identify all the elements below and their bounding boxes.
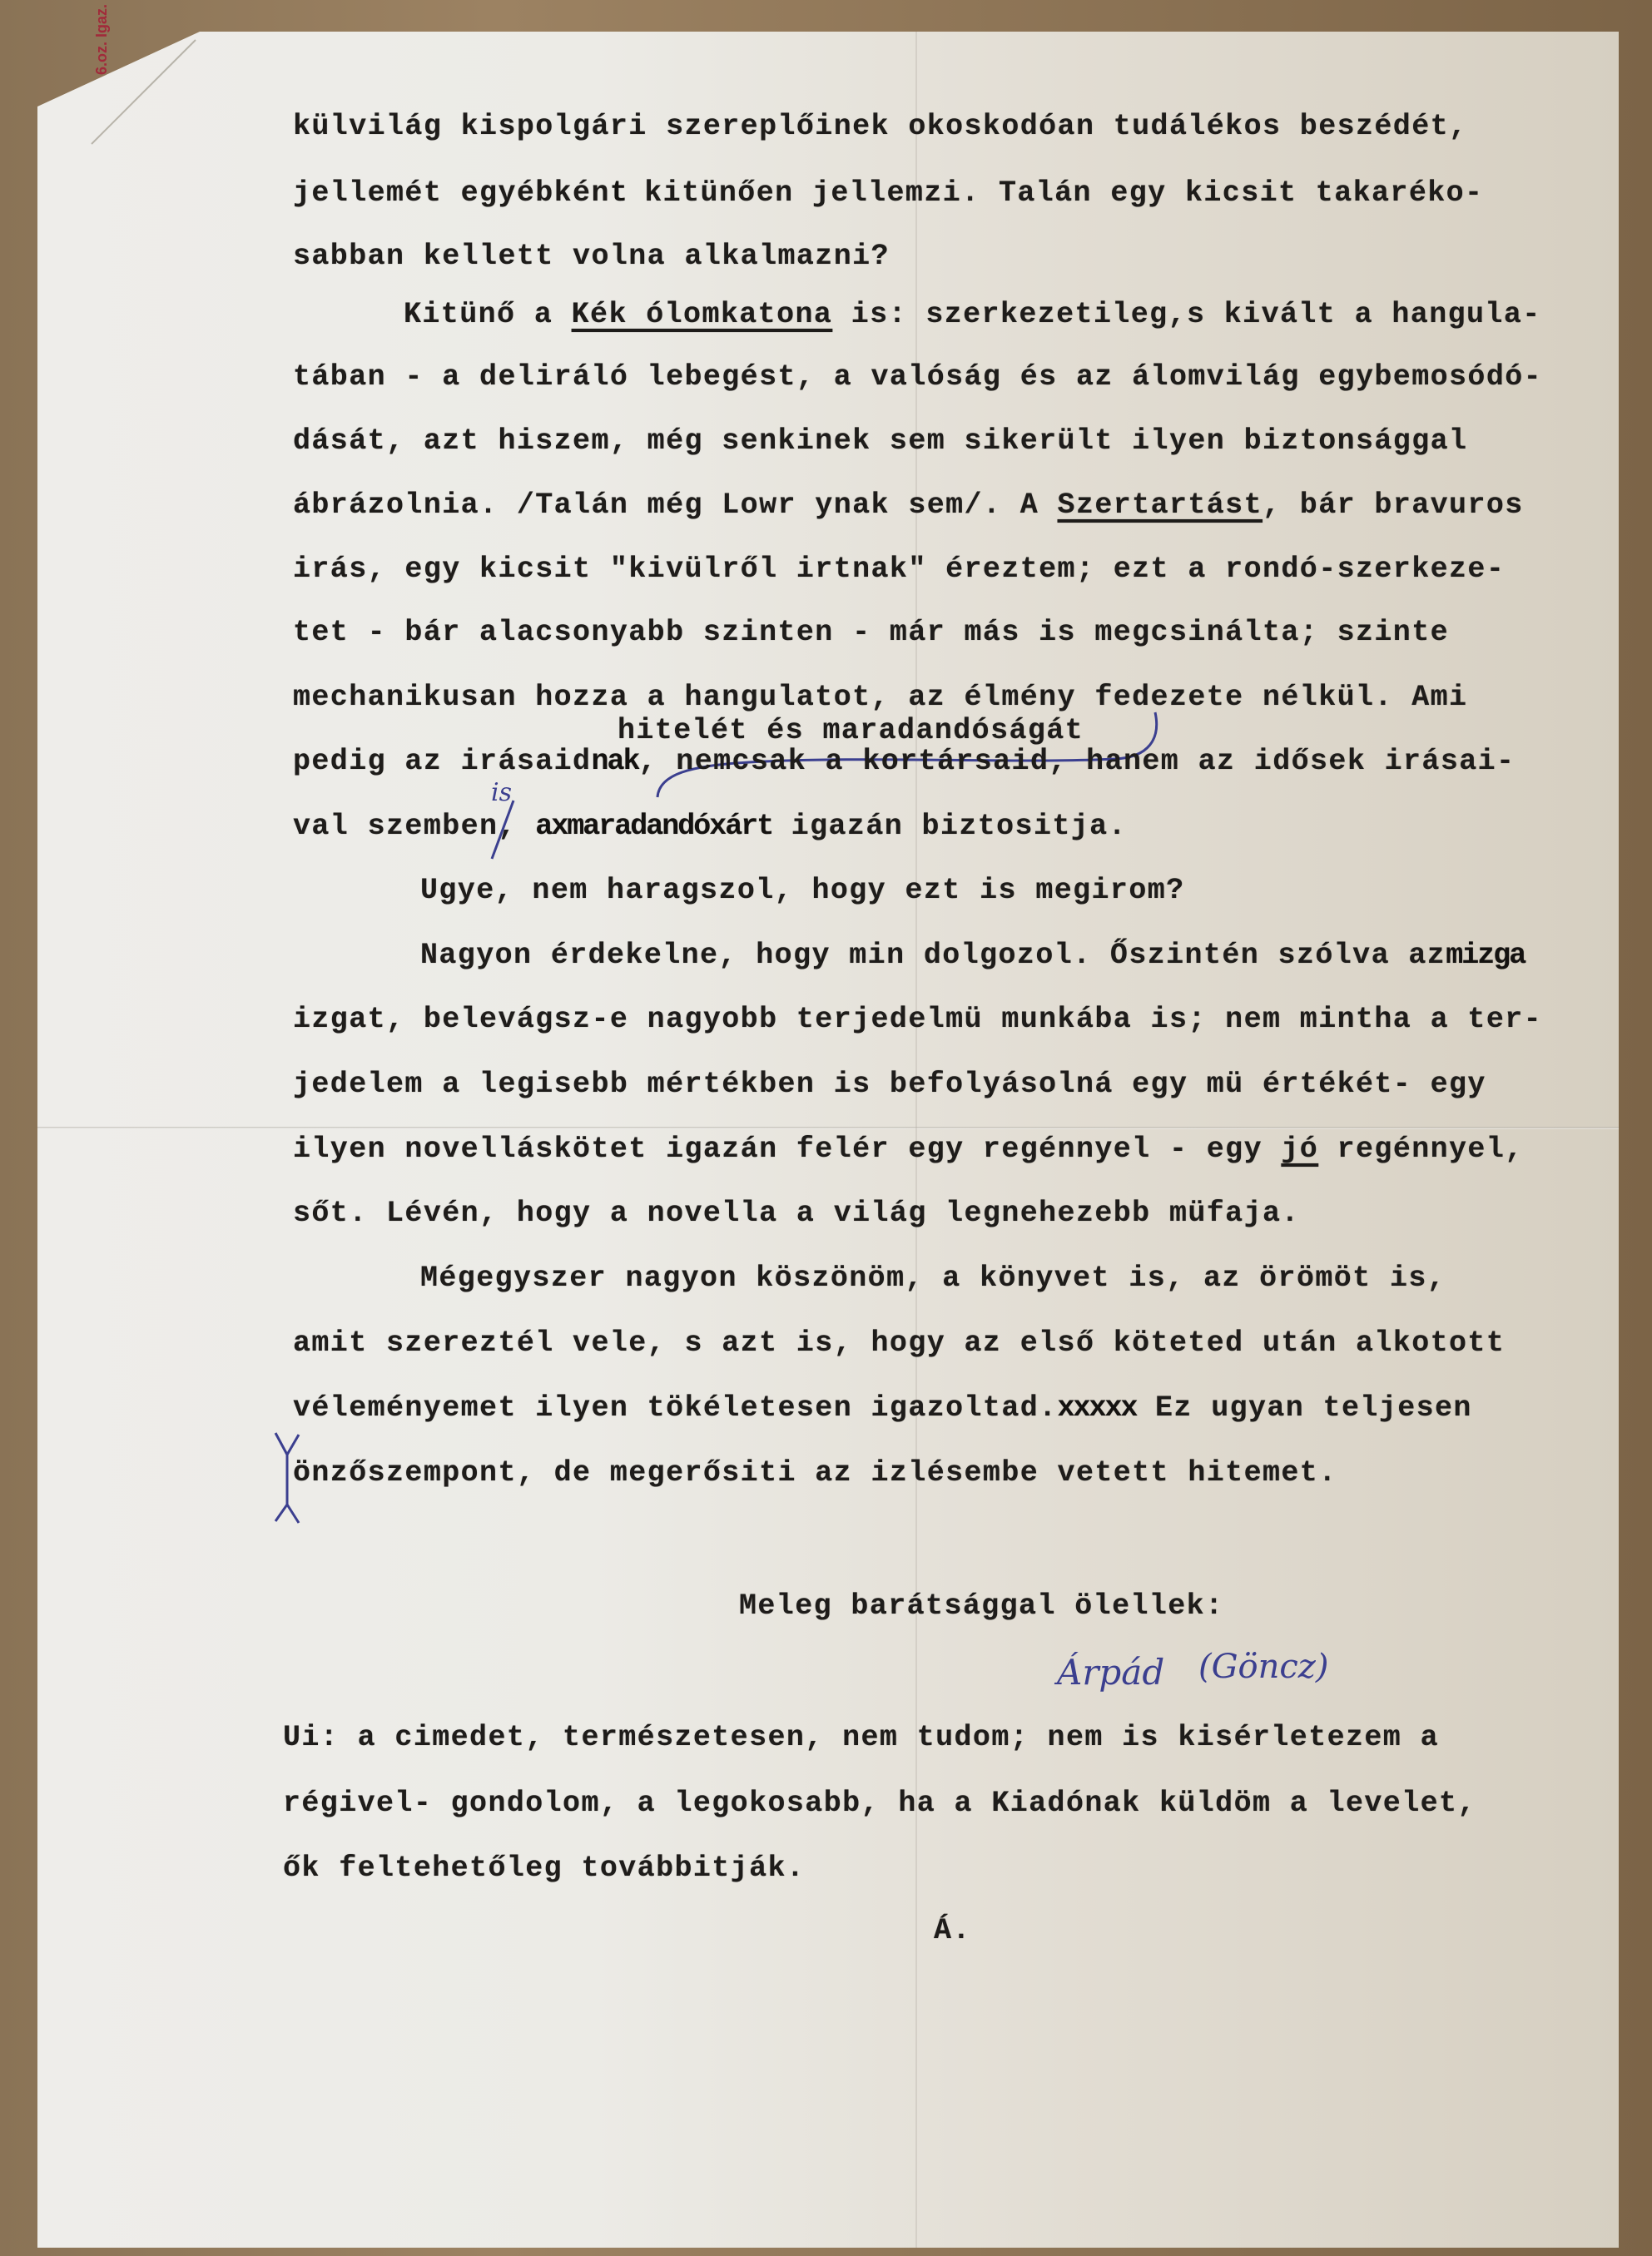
text-line: önzőszempont, de megerősiti az izlésembe… — [293, 1456, 1337, 1490]
text-line: Kitünő a Kék ólomkatona is: szerkezetile… — [404, 298, 1541, 331]
text-line: tet - bár alacsonyabb szinten - már más … — [293, 616, 1449, 649]
text-line: pedig az irásaidnak, nemcsak a kortársai… — [293, 745, 1515, 778]
struck-out-text: nak — [591, 745, 638, 778]
text-line: ábrázolnia. /Talán még Lowr ynak sem/. A… — [293, 488, 1524, 522]
word-separation-mark — [270, 1430, 304, 1525]
struck-out-text: t — [610, 176, 626, 210]
title-underlined: Kék ólomkatona — [572, 298, 833, 331]
text-line: dását, azt hiszem, még senkinek sem sike… — [293, 424, 1467, 458]
ps-line: régivel- gondolom, a legokosabb, ha a Ki… — [283, 1787, 1476, 1820]
text-line: sőt. Lévén, hogy a novella a világ legne… — [293, 1197, 1300, 1230]
folded-corner-crease — [37, 32, 204, 148]
closing-salutation: Meleg barátsággal ölellek: — [739, 1589, 1224, 1623]
signature-name: Árpád — [1057, 1652, 1164, 1693]
text-line: véleményemet ilyen tökéletesen igazoltad… — [293, 1391, 1472, 1425]
text-line: jellemét egyébként kitünően jellemzi. Ta… — [293, 176, 1483, 210]
text-line: irás, egy kicsit "kivülről irtnak" érezt… — [293, 553, 1505, 586]
text-line: izgat, belevágsz-e nagyobb terjedelmü mu… — [293, 1003, 1542, 1036]
signature-paren: (Göncz) — [1198, 1648, 1328, 1686]
text-line: Mégegyszer nagyon köszönöm, a könyvet is… — [420, 1262, 1446, 1295]
initial-signature: Á. — [934, 1914, 971, 1947]
struck-out-text: axmaradandóxárt — [535, 810, 772, 843]
title-underlined: Szertartást — [1058, 488, 1263, 522]
insertion-slash — [487, 797, 520, 864]
struck-out-text: mizga — [1446, 939, 1525, 972]
ps-line: Ui: a cimedet, természetesen, nem tudom;… — [283, 1721, 1439, 1754]
text-line: Nagyon érdekelne, hogy min dolgozol. Ősz… — [420, 939, 1525, 972]
text-line: külvilág kispolgári szereplőinek okoskod… — [293, 110, 1467, 143]
text-line: sabban kellett volna alkalmazni? — [293, 240, 890, 273]
text-line: amit szereztél vele, s azt is, hogy az e… — [293, 1326, 1505, 1360]
emphasis-underlined: jó — [1281, 1133, 1318, 1166]
horizontal-fold — [37, 1127, 1619, 1129]
text-line: jedelem a legisebb mértékben is befolyás… — [293, 1068, 1486, 1101]
text-line: Ugye, nem haragszol, hogy ezt is megirom… — [420, 874, 1185, 907]
text-line: ilyen novelláskötet igazán felér egy reg… — [293, 1133, 1524, 1166]
ps-line: ők feltehetőleg továbbitják. — [283, 1852, 805, 1885]
text-line: tában - a deliráló lebegést, a valóság é… — [293, 360, 1542, 394]
struck-out-text: xxxxx — [1058, 1391, 1137, 1425]
text-line: val szemben, axmaradandóxárt igazán bizt… — [293, 810, 1127, 843]
